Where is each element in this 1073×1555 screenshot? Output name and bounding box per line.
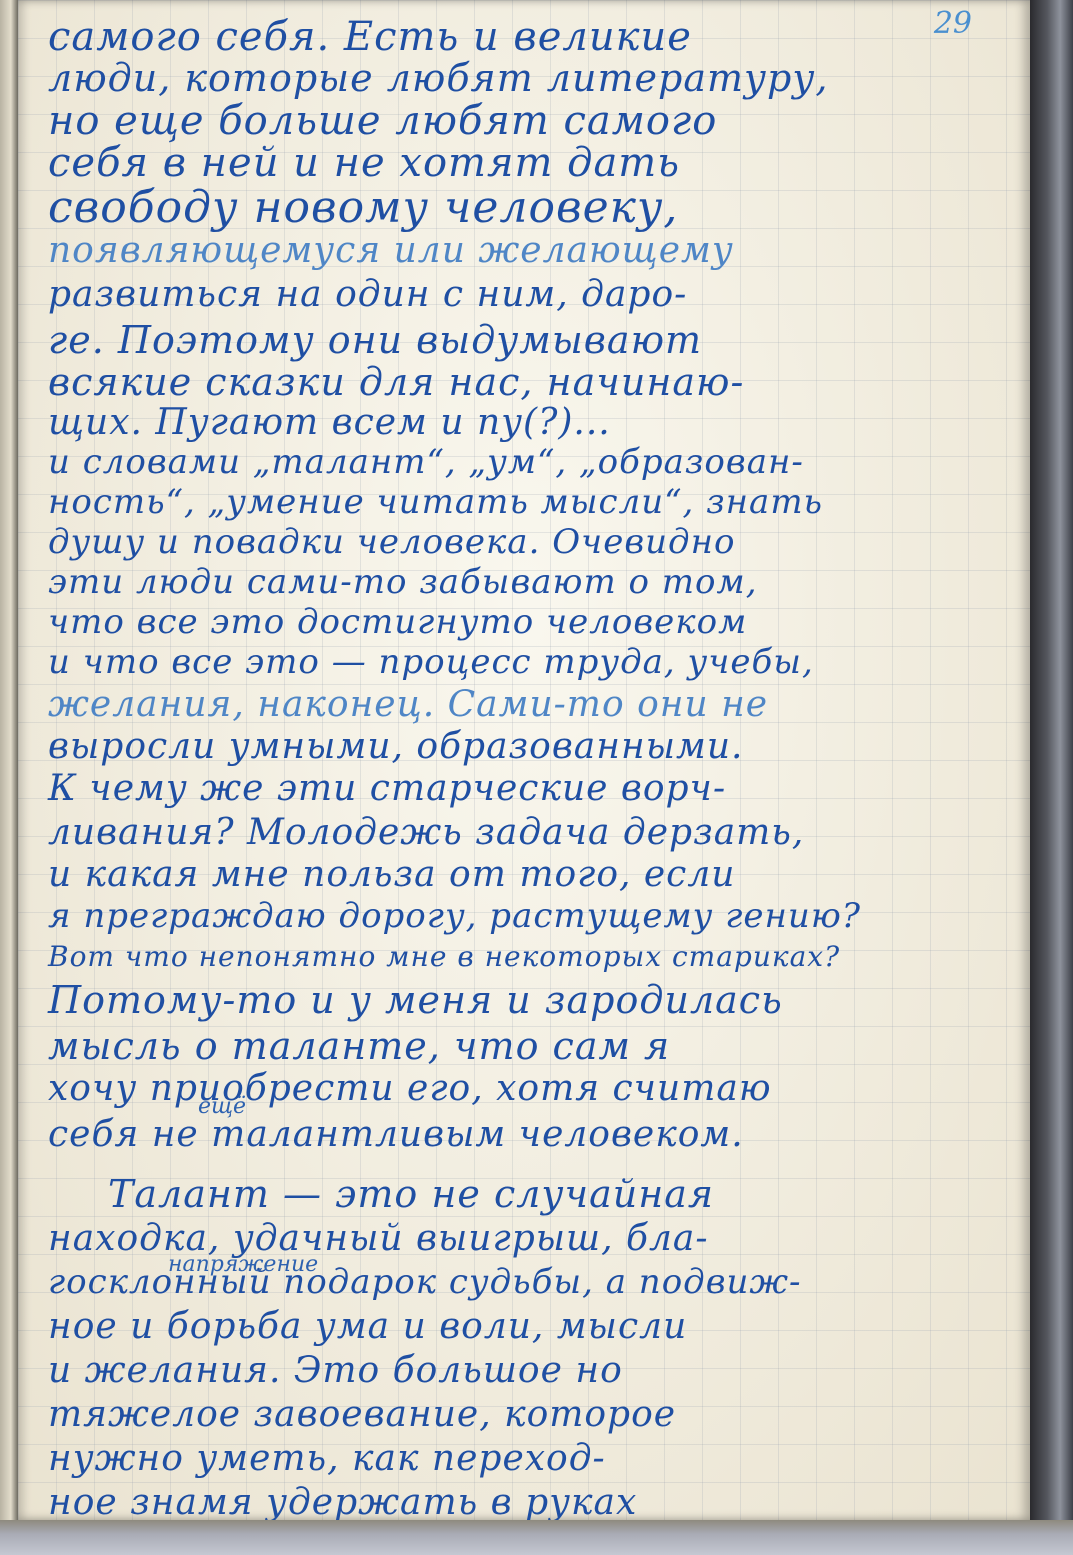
interlinear-insert: напряжение (168, 1252, 318, 1277)
text-line: выросли умными, образованными. (48, 726, 744, 767)
page-stack-edge (0, 1520, 1073, 1555)
text-line: желания, наконец. Сами-то они не (48, 684, 768, 725)
text-line: ливания? Молодежь задача дерзать, (48, 812, 804, 853)
text-line: тяжелое завоевание, которое (48, 1394, 676, 1435)
text-line: и словами „талант“, „ум“, „образован- (48, 442, 804, 482)
text-line: я преграждаю дорогу, растущему гению? (48, 896, 861, 936)
text-line: но еще больше любят самого (48, 98, 717, 144)
text-line: и желания. Это большое но (48, 1350, 623, 1391)
text-line: находка, удачный выигрыш, бла- (48, 1218, 709, 1259)
text-line: хочу приобрести его, хотя считаю (48, 1068, 772, 1109)
text-line: Талант — это не случайная (108, 1172, 714, 1216)
text-line: ное и борьба ума и воли, мысли (48, 1306, 687, 1347)
text-line: всякие сказки для нас, начинаю- (48, 360, 744, 404)
text-line: и какая мне польза от того, если (48, 854, 735, 895)
text-line: нужно уметь, как переход- (48, 1438, 606, 1479)
interlinear-insert: ещё (198, 1094, 246, 1119)
notebook-page: 29 самого себя. Есть и великие люди, кот… (18, 0, 1030, 1520)
text-line: люди, которые любят литературу, (48, 56, 829, 100)
text-line: себя не талантливым человеком. (48, 1114, 744, 1155)
text-line: Вот что непонятно мне в некоторых старик… (48, 940, 840, 973)
text-line: ное знамя удержать в руках (48, 1482, 637, 1523)
previous-page-edge (0, 0, 18, 1555)
text-line: самого себя. Есть и великие (48, 14, 692, 60)
text-line: мысль о таланте, что сам я (48, 1024, 670, 1068)
text-line: появляющемуся или желающему (48, 230, 734, 271)
page-number: 29 (934, 6, 972, 41)
text-line: себя в ней и не хотят дать (48, 140, 680, 186)
text-line: душу и повадки человека. Очевидно (48, 522, 735, 562)
notebook-binding (1030, 0, 1073, 1555)
text-line: Потому-то и у меня и зародилась (48, 978, 783, 1022)
text-line: щих. Пугают всем и пу(?)... (48, 402, 611, 443)
text-line: госклонный подарок судьбы, а подвиж- (48, 1262, 802, 1302)
text-line: К чему же эти старческие ворч- (48, 768, 726, 809)
text-line: и что все это — процесс труда, учебы, (48, 642, 814, 682)
text-line: свободу новому человеку, (48, 182, 678, 233)
text-line: что все это достигнуто человеком (48, 602, 747, 642)
text-line: ге. Поэтому они выдумывают (48, 318, 702, 362)
text-line: эти люди сами-то забывают о том, (48, 562, 758, 602)
text-line: развиться на один с ним, даро- (48, 274, 687, 315)
text-line: ность“, „умение читать мысли“, знать (48, 482, 823, 522)
